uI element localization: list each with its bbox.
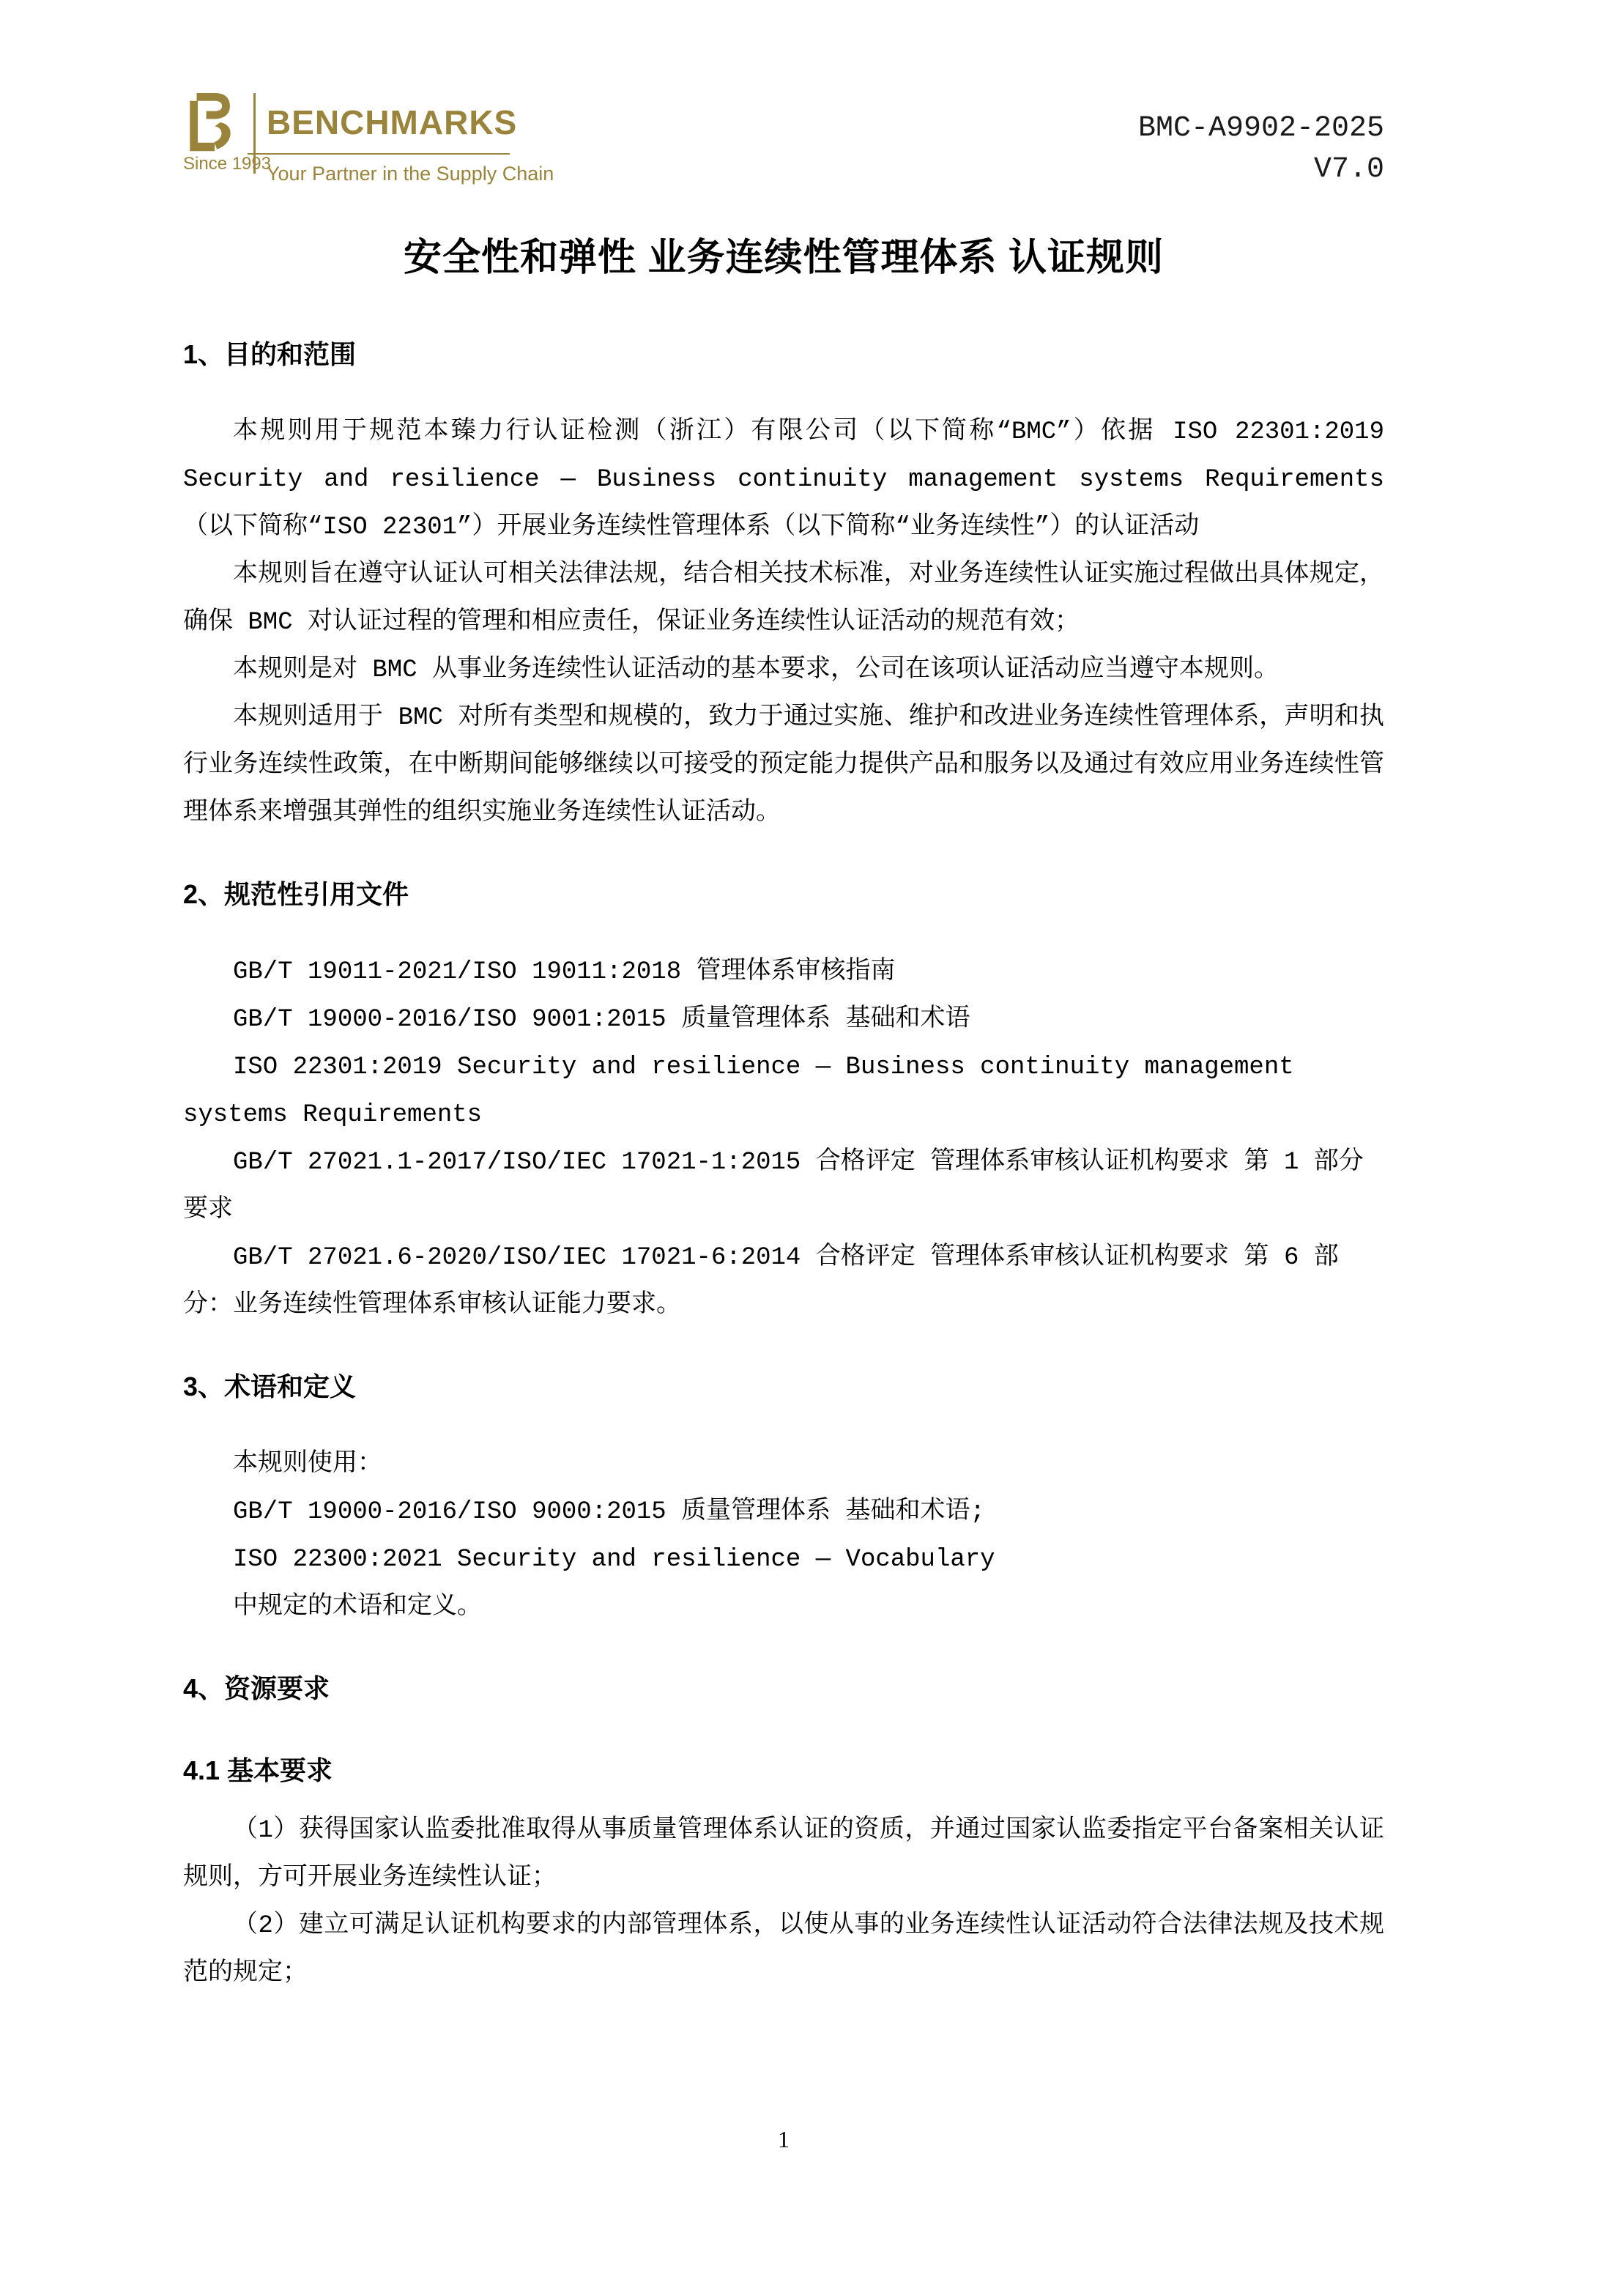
section-3-heading: 3、术语和定义 [183,1369,1384,1404]
logo-divider-line [253,93,256,174]
section-1-paragraph: 本规则旨在遵守认证认可相关法律法规，结合相关技术标准，对业务连续性认证实施过程做… [183,552,1384,647]
document-page: Since 1993 BENCHMARKS Your Partner in th… [0,0,1623,2296]
document-header: Since 1993 BENCHMARKS Your Partner in th… [183,82,1384,192]
logo-brand-text: BENCHMARKS [267,103,517,142]
reference-line: GB/T 19000-2016/ISO 9001:2015 质量管理体系 基础和… [183,996,1384,1044]
section-4-1-heading: 4.1 基本要求 [183,1753,1384,1788]
requirement-item: （2）建立可满足认证机构要求的内部管理体系，以使从事的业务连续性认证活动符合法律… [183,1903,1384,1998]
document-meta: BMC-A9902-2025 V7.0 [1138,108,1384,190]
reference-line: GB/T 27021.6-2020/ISO/IEC 17021-6:2014 合… [183,1234,1384,1330]
section-1-paragraph: 本规则适用于 BMC 对所有类型和规模的，致力于通过实施、维护和改进业务连续性管… [183,695,1384,837]
reference-line: ISO 22301:2019 Security and resilience —… [183,1044,1384,1139]
document-version: V7.0 [1138,149,1384,190]
reference-line: GB/T 27021.1-2017/ISO/IEC 17021-1:2015 合… [183,1139,1384,1234]
logo-since-text: Since 1993 [183,154,264,174]
definition-line: ISO 22300:2021 Security and resilience —… [183,1536,1384,1584]
section-1-paragraph: 本规则用于规范本臻力行认证检测（浙江）有限公司（以下简称“BMC”）依据 ISO… [183,409,1384,552]
document-content: Since 1993 BENCHMARKS Your Partner in th… [183,0,1384,1998]
page-number: 1 [183,2126,1384,2153]
benchmarks-b-monogram-icon [185,93,236,152]
definition-line: 中规定的术语和定义。 [183,1584,1384,1632]
section-1-heading: 1、目的和范围 [183,337,1384,372]
benchmarks-logo: Since 1993 BENCHMARKS Your Partner in th… [183,82,535,192]
requirement-item: （1）获得国家认监委批准取得从事质量管理体系认证的资质，并通过国家认监委指定平台… [183,1807,1384,1903]
section-2-heading: 2、规范性引用文件 [183,877,1384,912]
section-4-heading: 4、资源要求 [183,1671,1384,1706]
reference-line: GB/T 19011-2021/ISO 19011:2018 管理体系审核指南 [183,949,1384,996]
document-title: 安全性和弹性 业务连续性管理体系 认证规则 [183,232,1384,284]
logo-tagline-text: Your Partner in the Supply Chain [267,163,554,185]
definition-line: GB/T 19000-2016/ISO 9000:2015 质量管理体系 基础和… [183,1489,1384,1536]
logo-underline [248,153,510,155]
document-number: BMC-A9902-2025 [1138,108,1384,149]
section-1-paragraph: 本规则是对 BMC 从事业务连续性认证活动的基本要求，公司在该项认证活动应当遵守… [183,647,1384,695]
definition-line: 本规则使用： [183,1441,1384,1489]
